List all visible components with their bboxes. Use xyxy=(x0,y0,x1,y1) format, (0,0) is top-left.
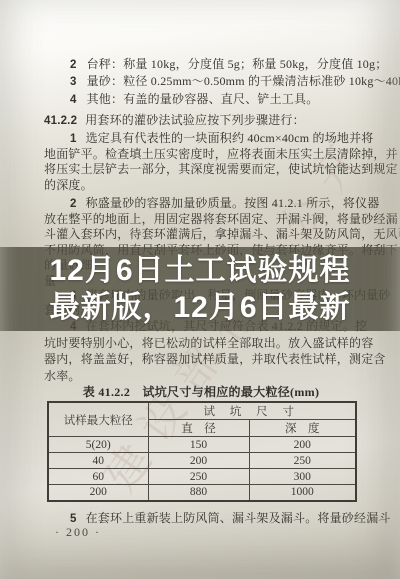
document-page: 建设部信息公开 2台秤：称量 10kg，分度值 5g；称量 50kg，分度值 1… xyxy=(0,0,400,579)
cell-size: 60 xyxy=(48,469,148,485)
step-line: 斗灌入套环内，待套环灌满后，拿掉漏斗、漏斗架及防风筒，无风可 xyxy=(44,227,362,243)
procedure-step-5: 5在套环上重新装上防风筒、漏斗架及漏斗。将量砂经漏斗 xyxy=(44,509,362,526)
item-number: 4 xyxy=(70,94,77,106)
step-line: 器内，将盖盖好，称容器加试样质量，并取代表性试样，测定含 xyxy=(44,351,362,368)
step-number: 5 xyxy=(70,513,77,525)
step-line: 放在整平的地面上，用固定器将套环固定、开漏斗阀，将量砂经漏 xyxy=(44,212,362,228)
table-caption: 表 41.2.2 试坑尺寸与相应的最大粒径(mm) xyxy=(44,383,358,400)
table-row: 200 880 1000 xyxy=(48,485,356,501)
item-text: 其他：有盖的量砂容器、直尺、铲土工具。 xyxy=(87,92,319,106)
item-number: 3 xyxy=(70,76,77,88)
step-line: 2称盛量砂的容器加量砂质量。按图 41.2.1 所示，将仪器 xyxy=(44,196,362,212)
item-number: 2 xyxy=(70,59,77,71)
equipment-list: 2台秤：称量 10kg，分度值 5g；称量 50kg，分度值 10g； 3量砂：… xyxy=(44,56,362,108)
step-line: 的深度。 xyxy=(44,178,362,194)
cell-size: 40 xyxy=(48,453,148,469)
overlay-title-line1: 12月6日土工试验规程 xyxy=(49,252,350,289)
cell-size: 5(20) xyxy=(48,437,148,453)
step-line: 水率。 xyxy=(44,368,362,385)
step-line: 地面铲平。检查填土压实密度时，应将表面未压实土层清除掉，并 xyxy=(44,147,362,163)
table-row: 60 250 300 xyxy=(48,469,356,485)
page-number: · 200 · xyxy=(55,525,101,540)
table-header-max-particle: 试样最大粒径 xyxy=(48,402,148,437)
step-line: 1选定具有代表性的一块面积约 40cm×40cm 的场地并将 xyxy=(44,131,362,147)
step-line: 将压实土层铲去一部分，其深度视需要而定，使试坑恰能达到规定 xyxy=(44,162,362,178)
cell-depth: 1000 xyxy=(249,485,356,501)
item-text: 量砂：粒径 0.25mm～0.50mm 的干燥清洁标准砂 10kg～40kg； xyxy=(87,74,400,88)
cell-diameter: 200 xyxy=(148,453,249,469)
cell-depth: 300 xyxy=(249,469,356,485)
clause-number: 41.2.2 xyxy=(44,115,77,127)
clause-text: 用套环的灌砂法试验应按下列步骤进行： xyxy=(85,113,305,127)
cell-depth: 250 xyxy=(249,453,356,469)
step-number: 2 xyxy=(70,198,77,210)
table-subheader-diameter: 直 径 xyxy=(148,420,249,437)
overlay-title-line2: 最新版，12月6日最新 xyxy=(49,289,350,326)
procedure-step-1: 1选定具有代表性的一块面积约 40cm×40cm 的场地并将 地面铲平。检查填土… xyxy=(44,131,362,193)
table-row: 5(20) 150 200 xyxy=(48,437,356,453)
step-number: 1 xyxy=(70,133,77,145)
item-text: 台秤：称量 10kg，分度值 5g；称量 50kg，分度值 10g； xyxy=(87,57,388,71)
table-header-pit-size: 试 坑 尺 寸 xyxy=(148,402,356,420)
equipment-item: 4其他：有盖的量砂容器、直尺、铲土工具。 xyxy=(44,91,362,108)
step-line: 5在套环上重新装上防风筒、漏斗架及漏斗。将量砂经漏斗 xyxy=(44,509,362,526)
title-overlay: 12月6日土工试验规程 最新版，12月6日最新 xyxy=(0,247,400,331)
equipment-item: 3量砂：粒径 0.25mm～0.50mm 的干燥清洁标准砂 10kg～40kg； xyxy=(44,73,362,90)
table-subheader-depth: 深 度 xyxy=(249,420,356,437)
table-row: 40 200 250 xyxy=(48,453,356,469)
cell-size: 200 xyxy=(48,485,148,501)
step-line: 坑时要特别小心，将已松动的试样全部取出。放入盛试样的容 xyxy=(44,335,362,352)
equipment-item: 2台秤：称量 10kg，分度值 5g；称量 50kg，分度值 10g； xyxy=(44,56,362,73)
section-heading: 41.2.2用套环的灌砂法试验应按下列步骤进行： xyxy=(44,112,362,128)
cell-diameter: 150 xyxy=(148,437,249,453)
spec-table: 试样最大粒径 试 坑 尺 寸 直 径 深 度 5(20) 150 200 40 … xyxy=(47,401,357,502)
cell-diameter: 880 xyxy=(148,485,249,501)
cell-depth: 200 xyxy=(249,437,356,453)
cell-diameter: 250 xyxy=(148,469,249,485)
